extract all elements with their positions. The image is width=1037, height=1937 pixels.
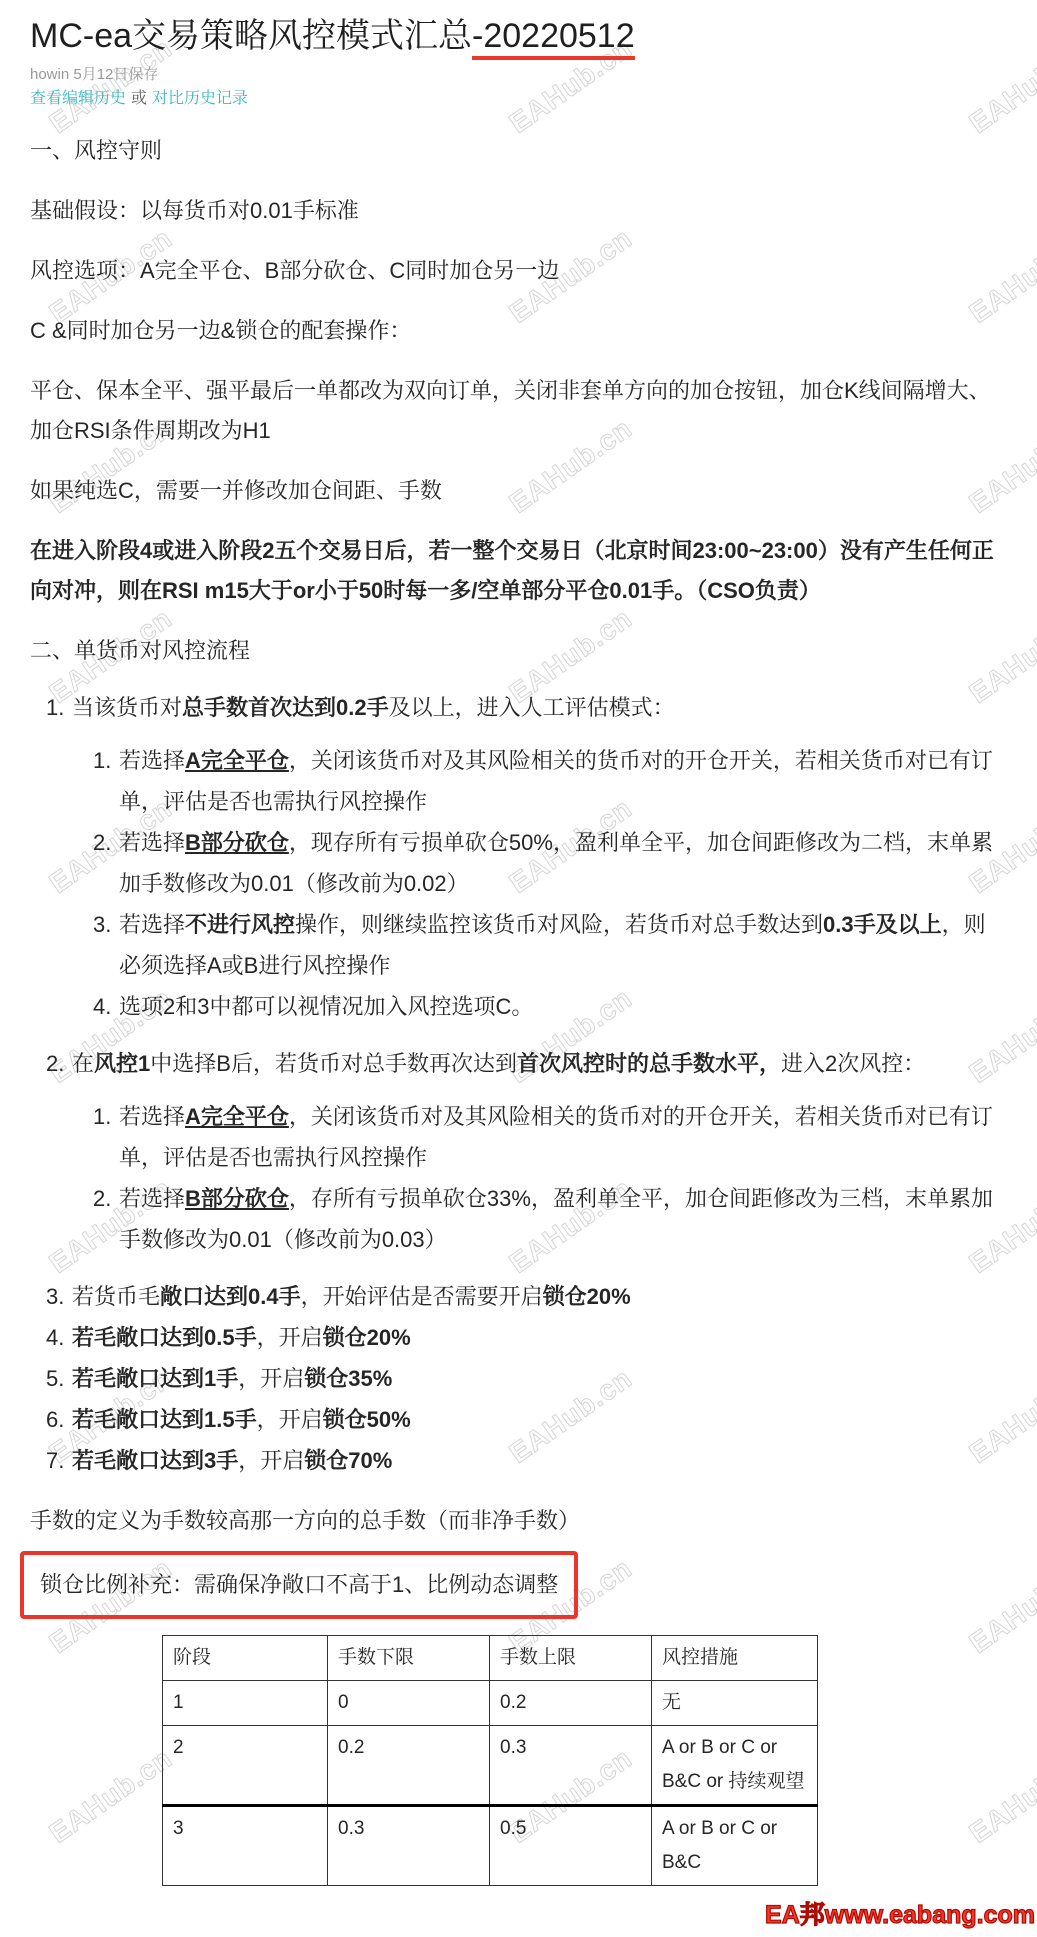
sub-list-item: 3.若选择不进行风控操作，则继续监控该货币对风险，若货币对总手数达到0.3手及以… bbox=[93, 904, 1007, 986]
paragraph: 一、风控守则 bbox=[30, 131, 1007, 171]
text-run: 若毛敞口达到1手 bbox=[72, 1366, 238, 1391]
list-item: 1.当该货币对总手数首次达到0.2手及以上，进入人工评估模式：1.若选择A完全平… bbox=[46, 687, 1007, 1027]
table-cell: 0.2 bbox=[490, 1681, 652, 1726]
link-separator: 或 bbox=[131, 90, 147, 107]
document-page: EAHub.cnEAHub.cnEAHub.cnEAHub.cnEAHub.cn… bbox=[0, 0, 1037, 1937]
text-run: 若选择 bbox=[119, 1104, 185, 1129]
table-cell: 0.2 bbox=[328, 1726, 490, 1806]
text-run: 如果纯选C，需要一并修改加仓间距、手数 bbox=[30, 478, 442, 503]
table-cell: A or B or C or B&C bbox=[652, 1806, 818, 1886]
stage-table: 阶段手数下限手数上限风控措施100.2无20.20.3A or B or C o… bbox=[162, 1635, 818, 1886]
text-run: 锁仓35% bbox=[304, 1366, 392, 1391]
sub-list-item: 1.若选择A完全平仓，关闭该货币对及其风险相关的货币对的开仓开关，若相关货币对已… bbox=[93, 740, 1007, 822]
table-row: 30.30.5A or B or C or B&C bbox=[163, 1806, 818, 1886]
ordered-list: 1.当该货币对总手数首次达到0.2手及以上，进入人工评估模式：1.若选择A完全平… bbox=[30, 687, 1007, 1481]
text-run: 操作，则继续监控该货币对风险，若货币对总手数达到 bbox=[295, 912, 823, 937]
table-cell: 2 bbox=[163, 1726, 328, 1806]
list-number: 3. bbox=[93, 904, 119, 945]
history-links: 查看编辑历史或对比历史记录 bbox=[30, 87, 1007, 111]
text-run: 若选择 bbox=[119, 912, 185, 937]
list-item-text: 若毛敞口达到0.5手，开启锁仓20% bbox=[72, 1317, 1007, 1358]
text-run: 风控1 bbox=[94, 1051, 150, 1076]
list-item-text: 选项2和3中都可以视情况加入风控选项C。 bbox=[119, 986, 1007, 1027]
text-run: 敞口达到0.4手 bbox=[160, 1284, 301, 1309]
text-run: 总手数首次达到0.2手 bbox=[182, 695, 389, 720]
sub-list-item: 1.若选择A完全平仓，关闭该货币对及其风险相关的货币对的开仓开关，若相关货币对已… bbox=[93, 1096, 1007, 1178]
list-item-text: 若毛敞口达到1.5手，开启锁仓50% bbox=[72, 1399, 1007, 1440]
text-run: 进入2次风控： bbox=[781, 1051, 925, 1076]
text-run: 锁仓20% bbox=[323, 1325, 411, 1350]
list-number: 6. bbox=[46, 1399, 72, 1440]
text-run: 选项2和3中都可以视情况加入风控选项C。 bbox=[119, 994, 533, 1019]
table-row: 100.2无 bbox=[163, 1681, 818, 1726]
text-run: 若毛敞口达到0.5手 bbox=[72, 1325, 257, 1350]
text-run: 及以上，进入人工评估模式： bbox=[389, 695, 675, 720]
table-cell: 3 bbox=[163, 1806, 328, 1886]
text-run: 中选择B后，若货币对总手数再次达到 bbox=[150, 1051, 517, 1076]
list-number: 2. bbox=[93, 822, 119, 863]
text-run: 在进入阶段4或进入阶段2五个交易日后，若一整个交易日（北京时间23:00~23:… bbox=[30, 538, 994, 603]
table-cell: 0 bbox=[328, 1681, 490, 1726]
sub-list-item: 4.选项2和3中都可以视情况加入风控选项C。 bbox=[93, 986, 1007, 1027]
list-number: 1. bbox=[93, 740, 119, 781]
table-cell: 1 bbox=[163, 1681, 328, 1726]
list-item: 7.若毛敞口达到3手，开启锁仓70% bbox=[46, 1440, 1007, 1481]
list-number: 4. bbox=[46, 1317, 72, 1358]
text-run: 平仓、保本全平、强平最后一单都改为双向订单，关闭非套单方向的加仓按钮，加仓K线间… bbox=[30, 378, 991, 443]
title-date-underlined: -20220512 bbox=[472, 17, 635, 60]
paragraph: C &同时加仓另一边&锁仓的配套操作： bbox=[30, 311, 1007, 351]
text-run: B部分砍仓 bbox=[185, 830, 289, 855]
title-text: MC-ea交易策略风控模式汇总 bbox=[30, 17, 472, 55]
list-item-text: 若货币毛敞口达到0.4手，开始评估是否需要开启锁仓20% bbox=[72, 1276, 1007, 1317]
list-number: 2. bbox=[46, 1043, 72, 1084]
list-item-text: 若选择A完全平仓，关闭该货币对及其风险相关的货币对的开仓开关，若相关货币对已有订… bbox=[119, 740, 1007, 822]
text-run: 基础假设：以每货币对0.01手标准 bbox=[30, 198, 359, 223]
nested-ordered-list: 1.若选择A完全平仓，关闭该货币对及其风险相关的货币对的开仓开关，若相关货币对已… bbox=[46, 1096, 1007, 1260]
text-run: 若选择 bbox=[119, 830, 185, 855]
table-cell: 无 bbox=[652, 1681, 818, 1726]
byline: howin 5月12日保存 bbox=[30, 64, 1007, 86]
text-run: 若毛敞口达到3手 bbox=[72, 1448, 238, 1473]
list-item-text: 若选择A完全平仓，关闭该货币对及其风险相关的货币对的开仓开关，若相关货币对已有订… bbox=[119, 1096, 1007, 1178]
list-item-text: 若选择B部分砍仓，存所有亏损单砍仓33%，盈利单全平，加仓间距修改为三档，末单累… bbox=[119, 1178, 1007, 1260]
text-run: 首次风控时的总手数水平， bbox=[517, 1051, 781, 1076]
text-run: ，开启 bbox=[257, 1325, 323, 1350]
text-run: ，开启 bbox=[257, 1407, 323, 1432]
list-item-text: 在风控1中选择B后，若货币对总手数再次达到首次风控时的总手数水平，进入2次风控： bbox=[72, 1043, 1007, 1084]
table-cell: 0.3 bbox=[490, 1726, 652, 1806]
list-item: 3.若货币毛敞口达到0.4手，开始评估是否需要开启锁仓20% bbox=[46, 1276, 1007, 1317]
compare-history-link[interactable]: 对比历史记录 bbox=[152, 90, 248, 107]
paragraph: 手数的定义为手数较高那一方向的总手数（而非净手数） bbox=[30, 1501, 1007, 1541]
text-run: 当该货币对 bbox=[72, 695, 182, 720]
text-run: 若选择 bbox=[119, 1186, 185, 1211]
list-item-text: 若选择B部分砍仓，现存所有亏损单砍仓50%，盈利单全平，加仓间距修改为二档，末单… bbox=[119, 822, 1007, 904]
paragraph: 在进入阶段4或进入阶段2五个交易日后，若一整个交易日（北京时间23:00~23:… bbox=[30, 531, 1007, 611]
text-run: 二、单货币对风控流程 bbox=[30, 638, 250, 663]
list-item-text: 若选择不进行风控操作，则继续监控该货币对风险，若货币对总手数达到0.3手及以上，… bbox=[119, 904, 1007, 986]
list-item: 6.若毛敞口达到1.5手，开启锁仓50% bbox=[46, 1399, 1007, 1440]
list-item-text: 若毛敞口达到3手，开启锁仓70% bbox=[72, 1440, 1007, 1481]
sub-list-item: 2.若选择B部分砍仓，存所有亏损单砍仓33%，盈利单全平，加仓间距修改为三档，末… bbox=[93, 1178, 1007, 1260]
list-item: 2.在风控1中选择B后，若货币对总手数再次达到首次风控时的总手数水平，进入2次风… bbox=[46, 1043, 1007, 1260]
table-header-row: 阶段手数下限手数上限风控措施 bbox=[163, 1636, 818, 1681]
page-title: MC-ea交易策略风控模式汇总-20220512 bbox=[30, 12, 1007, 60]
text-run: ，开始评估是否需要开启 bbox=[301, 1284, 543, 1309]
list-item: 4.若毛敞口达到0.5手，开启锁仓20% bbox=[46, 1317, 1007, 1358]
paragraph: 如果纯选C，需要一并修改加仓间距、手数 bbox=[30, 471, 1007, 511]
paragraph: 二、单货币对风控流程 bbox=[30, 631, 1007, 671]
site-brand-eabang: EA邦www.eabang.com bbox=[765, 1895, 1035, 1931]
table-header-cell: 阶段 bbox=[163, 1636, 328, 1681]
list-item-text: 若毛敞口达到1手，开启锁仓35% bbox=[72, 1358, 1007, 1399]
text-run: B部分砍仓 bbox=[185, 1186, 289, 1211]
text-run: 不进行风控 bbox=[185, 912, 295, 937]
text-run: 风控选项：A完全平仓、B部分砍仓、C同时加仓另一边 bbox=[30, 258, 559, 283]
text-run: 在 bbox=[72, 1051, 94, 1076]
view-edit-history-link[interactable]: 查看编辑历史 bbox=[30, 90, 126, 107]
text-run: 若货币毛 bbox=[72, 1284, 160, 1309]
list-number: 1. bbox=[93, 1096, 119, 1137]
paragraph: 风控选项：A完全平仓、B部分砍仓、C同时加仓另一边 bbox=[30, 251, 1007, 291]
list-number: 2. bbox=[93, 1178, 119, 1219]
table-cell: 0.5 bbox=[490, 1806, 652, 1886]
text-run: 若毛敞口达到1.5手 bbox=[72, 1407, 257, 1432]
text-run: 锁仓20% bbox=[543, 1284, 631, 1309]
list-number: 1. bbox=[46, 687, 72, 728]
document-body: 一、风控守则基础假设：以每货币对0.01手标准风控选项：A完全平仓、B部分砍仓、… bbox=[30, 131, 1007, 1886]
paragraph: 平仓、保本全平、强平最后一单都改为双向订单，关闭非套单方向的加仓按钮，加仓K线间… bbox=[30, 371, 1007, 451]
text-run: ，开启 bbox=[238, 1448, 304, 1473]
list-item-text: 当该货币对总手数首次达到0.2手及以上，进入人工评估模式： bbox=[72, 687, 1007, 728]
table-header-cell: 风控措施 bbox=[652, 1636, 818, 1681]
text-run: 锁仓50% bbox=[323, 1407, 411, 1432]
text-run: A完全平仓 bbox=[185, 1104, 289, 1129]
text-run: 锁仓比例补充：需确保净敞口不高于1、比例动态调整 bbox=[40, 1572, 558, 1597]
list-number: 3. bbox=[46, 1276, 72, 1317]
text-run: 一、风控守则 bbox=[30, 138, 162, 163]
text-run: C &同时加仓另一边&锁仓的配套操作： bbox=[30, 318, 411, 343]
table-row: 20.20.3A or B or C or B&C or 持续观望 bbox=[163, 1726, 818, 1806]
text-run: 锁仓70% bbox=[304, 1448, 392, 1473]
nested-ordered-list: 1.若选择A完全平仓，关闭该货币对及其风险相关的货币对的开仓开关，若相关货币对已… bbox=[46, 740, 1007, 1027]
paragraph: 基础假设：以每货币对0.01手标准 bbox=[30, 191, 1007, 231]
list-number: 7. bbox=[46, 1440, 72, 1481]
table-header-cell: 手数上限 bbox=[490, 1636, 652, 1681]
table-header-cell: 手数下限 bbox=[328, 1636, 490, 1681]
table-cell: 0.3 bbox=[328, 1806, 490, 1886]
list-number: 4. bbox=[93, 986, 119, 1027]
list-number: 5. bbox=[46, 1358, 72, 1399]
text-run: 0.3手及以上 bbox=[823, 912, 942, 937]
list-item: 5.若毛敞口达到1手，开启锁仓35% bbox=[46, 1358, 1007, 1399]
sub-list-item: 2.若选择B部分砍仓，现存所有亏损单砍仓50%，盈利单全平，加仓间距修改为二档，… bbox=[93, 822, 1007, 904]
text-run: 若选择 bbox=[119, 748, 185, 773]
text-run: ，开启 bbox=[238, 1366, 304, 1391]
table-cell: A or B or C or B&C or 持续观望 bbox=[652, 1726, 818, 1806]
document-content: MC-ea交易策略风控模式汇总-20220512 howin 5月12日保存 查… bbox=[0, 0, 1037, 1886]
highlight-box: 锁仓比例补充：需确保净敞口不高于1、比例动态调整 bbox=[20, 1551, 578, 1619]
text-run: 手数的定义为手数较高那一方向的总手数（而非净手数） bbox=[30, 1508, 580, 1533]
text-run: A完全平仓 bbox=[185, 748, 289, 773]
